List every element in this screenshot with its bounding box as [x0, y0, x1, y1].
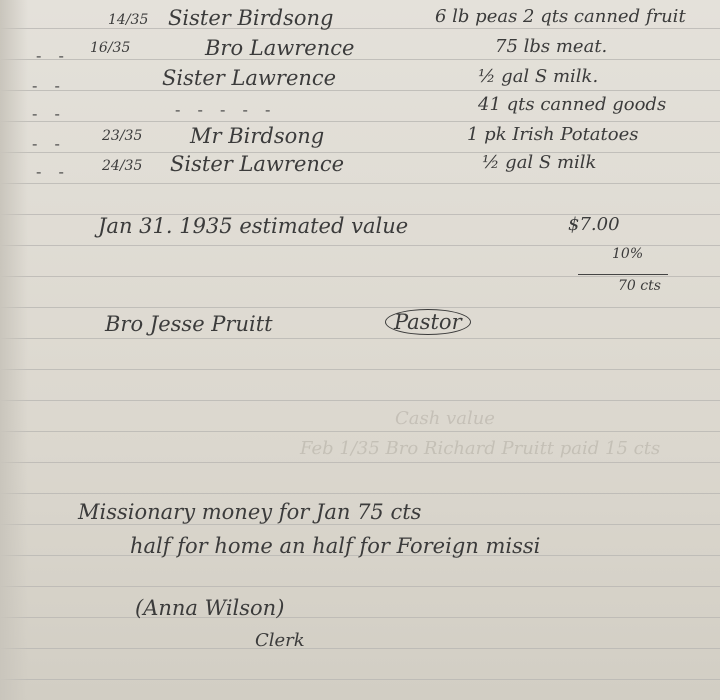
entry-item: 1 pk Irish Potatoes [467, 124, 639, 145]
entry-item: 6 lb peas 2 qts canned fruit [435, 6, 686, 27]
ledger-page: Cash value Feb 1/35 Bro Richard Pruitt p… [0, 0, 720, 700]
summary-percent: 10% [612, 246, 643, 262]
entry-date: 14/35 [108, 12, 148, 28]
entry-name: Sister Lawrence [170, 152, 344, 176]
entry-date: 24/35 [102, 158, 142, 174]
dash-mark: - - [32, 76, 66, 95]
entry-item: 41 qts canned goods [478, 94, 666, 115]
pastor-title-circled: Pastor [385, 310, 471, 334]
entry-item: ½ gal S milk [482, 152, 596, 173]
entry-name: Bro Lawrence [205, 36, 354, 60]
bleed-through-text: Feb 1/35 Bro Richard Pruitt paid 15 cts [300, 438, 660, 459]
entry-date: 23/35 [102, 128, 142, 144]
entry-date: 16/35 [90, 40, 130, 56]
pastor-title: Pastor [385, 309, 471, 335]
dash-mark: - - [32, 104, 66, 123]
dash-mark: - - [36, 162, 70, 181]
ditto-marks: - - - - - [175, 100, 276, 119]
clerk-signature: (Anna Wilson) [135, 596, 284, 620]
bleed-through-text: Cash value [395, 408, 495, 429]
dash-mark: - - [36, 46, 70, 65]
missionary-line-1: Missionary money for Jan 75 cts [78, 500, 421, 524]
entry-name: Sister Birdsong [168, 6, 333, 30]
missionary-line-2: half for home an half for Foreign missi [130, 534, 540, 558]
entry-item: 75 lbs meat. [495, 36, 607, 57]
clerk-role: Clerk [255, 630, 305, 651]
summary-label: Jan 31. 1935 estimated value [98, 214, 408, 238]
page-margin [0, 0, 28, 700]
summary-value: $7.00 [568, 214, 620, 235]
summary-result: 70 cts [618, 278, 661, 294]
entry-name: Mr Birdsong [190, 124, 324, 148]
pastor-name: Bro Jesse Pruitt [105, 312, 273, 336]
entry-name: Sister Lawrence [162, 66, 336, 90]
sum-underline [578, 274, 668, 275]
entry-item: ½ gal S milk. [478, 66, 598, 87]
dash-mark: - - [32, 134, 66, 153]
